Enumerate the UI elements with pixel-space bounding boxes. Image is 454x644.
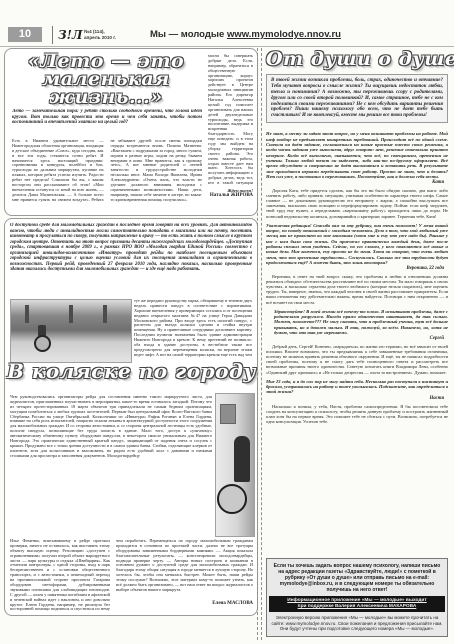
letter-signature: Сергей (266, 336, 444, 341)
sponsor-bar: Информационное приложение «Мы — молодые»… (269, 596, 445, 612)
psychologist-reply: Дорогая Катя, тебе придется сделать, как… (266, 188, 448, 218)
accessibility-article: О доступной среде для маломобильных граж… (4, 218, 258, 616)
header-divider (52, 26, 53, 44)
contact-instructions: Если ты хочешь задать вопрос нашему псих… (271, 563, 443, 593)
newspaper-page: 10 З!Л №4 (114), апрель 2010 г. Мы — мол… (0, 0, 454, 644)
summer-article: «Лето — это маленькая жизнь...» Лето — з… (4, 48, 258, 216)
wheelchair-column-2-text: чем поработать. Перемещаться по городу м… (116, 539, 253, 601)
summer-headline-line3: жизнь...» (7, 88, 205, 106)
atm-screen-shape (220, 404, 236, 424)
tree-shape (25, 305, 29, 323)
wheelchair-wheel-shape (217, 484, 247, 514)
summer-column-3-text: могли бы совершать добрые дела. Если, на… (208, 54, 253, 186)
masthead-title: Мы — молодые (150, 29, 224, 40)
issue-info: №4 (114), апрель 2010 г. (84, 29, 116, 40)
park-inspection-text: тут же передано руководству парка, обеща… (134, 299, 252, 357)
online-version-note: Электронную версию приложения «Мы — моло… (271, 615, 443, 631)
tree-shape (69, 305, 73, 323)
reader-letter: Уважаемая редакция! Спасибо вам за эту р… (266, 223, 448, 266)
summer-author-signature: Наталья ЖИРОВА (208, 193, 253, 198)
letter-signature: Настя (266, 396, 444, 401)
tree-shape (103, 305, 107, 323)
psychologist-reply: Добрый день, Сергей! Конечно, «нарыдатьс… (266, 344, 448, 374)
letter-signature: Катя (266, 180, 444, 185)
summer-lede: Лето — замечательная пора: у ребят столь… (12, 109, 202, 135)
reader-letter: Здравствуйте! В моей жизни всё почему-то… (274, 309, 448, 336)
atm-wheelchair-photo (215, 393, 255, 537)
wheelchair-column-2: чем поработать. Перемещаться по городу м… (116, 539, 253, 611)
contact-box: Если ты хочешь задать вопрос нашему псих… (266, 558, 448, 637)
section-divider (257, 48, 262, 640)
wheelchair-author-signature: Елена МАСЛОВА (116, 601, 253, 606)
wheelchair-user-figure (234, 436, 250, 482)
summer-headline: «Лето — это маленькая жизнь...» (7, 52, 205, 106)
wheelchair-wheel-shape (34, 335, 51, 352)
advice-column: От души о душе! В твоей жизни возникли п… (266, 48, 448, 644)
site-link[interactable]: www.mymolodye.nnov.ru (227, 29, 341, 40)
page-number-badge: 10 (8, 27, 42, 42)
letter-signature: Вероника, 22 года (266, 266, 444, 271)
summer-body-columns: Есть в Нижнем удивительное место — Нижег… (12, 139, 202, 209)
psychologist-reply: Вероника, в ответ на твой вопрос скажу, … (266, 274, 448, 304)
masthead: Мы — молодые www.mymolodye.nnov.ru (150, 29, 341, 40)
advice-headline: От души о душе! (266, 48, 448, 70)
advice-intro: В твоей жизни возникли проблемы, боль, с… (266, 74, 448, 123)
page-header: 10 З!Л №4 (114), апрель 2010 г. Мы — мол… (0, 26, 454, 47)
summer-column-3: могли бы совершать добрые дела. Если, на… (208, 54, 253, 210)
accessibility-intro: О доступной среде для маломобильных граж… (10, 223, 252, 295)
newspaper-logo: З!Л (58, 28, 83, 42)
letters-flow: Не знаю, к месту ли задаю этот вопрос, н… (266, 127, 448, 585)
wheelchair-headline: В коляске по городу (7, 359, 253, 383)
reader-letter: Не знаю, к месту ли задаю этот вопрос, н… (266, 131, 448, 179)
sponsor-line-2: при поддержке Валерия Алексеевича МАКАРО… (270, 604, 444, 610)
wheelchair-column-1: Илье Фоменко, вписывавшему в рейде прото… (10, 539, 110, 611)
summer-column-2: Полина Матвеева: «Выезжаем с подружками … (111, 143, 203, 202)
park-wheelchair-photo (10, 299, 132, 363)
reader-letter: Мне 23 года, и я до сих пор не могу найт… (266, 379, 448, 395)
wheelchair-body: Чем руководствовались организаторы рейда… (10, 395, 212, 535)
psychologist-reply: Насколько я поняла, у тебя, Настя, пробл… (266, 404, 448, 424)
issue-date: апрель 2010 г. (84, 35, 116, 41)
